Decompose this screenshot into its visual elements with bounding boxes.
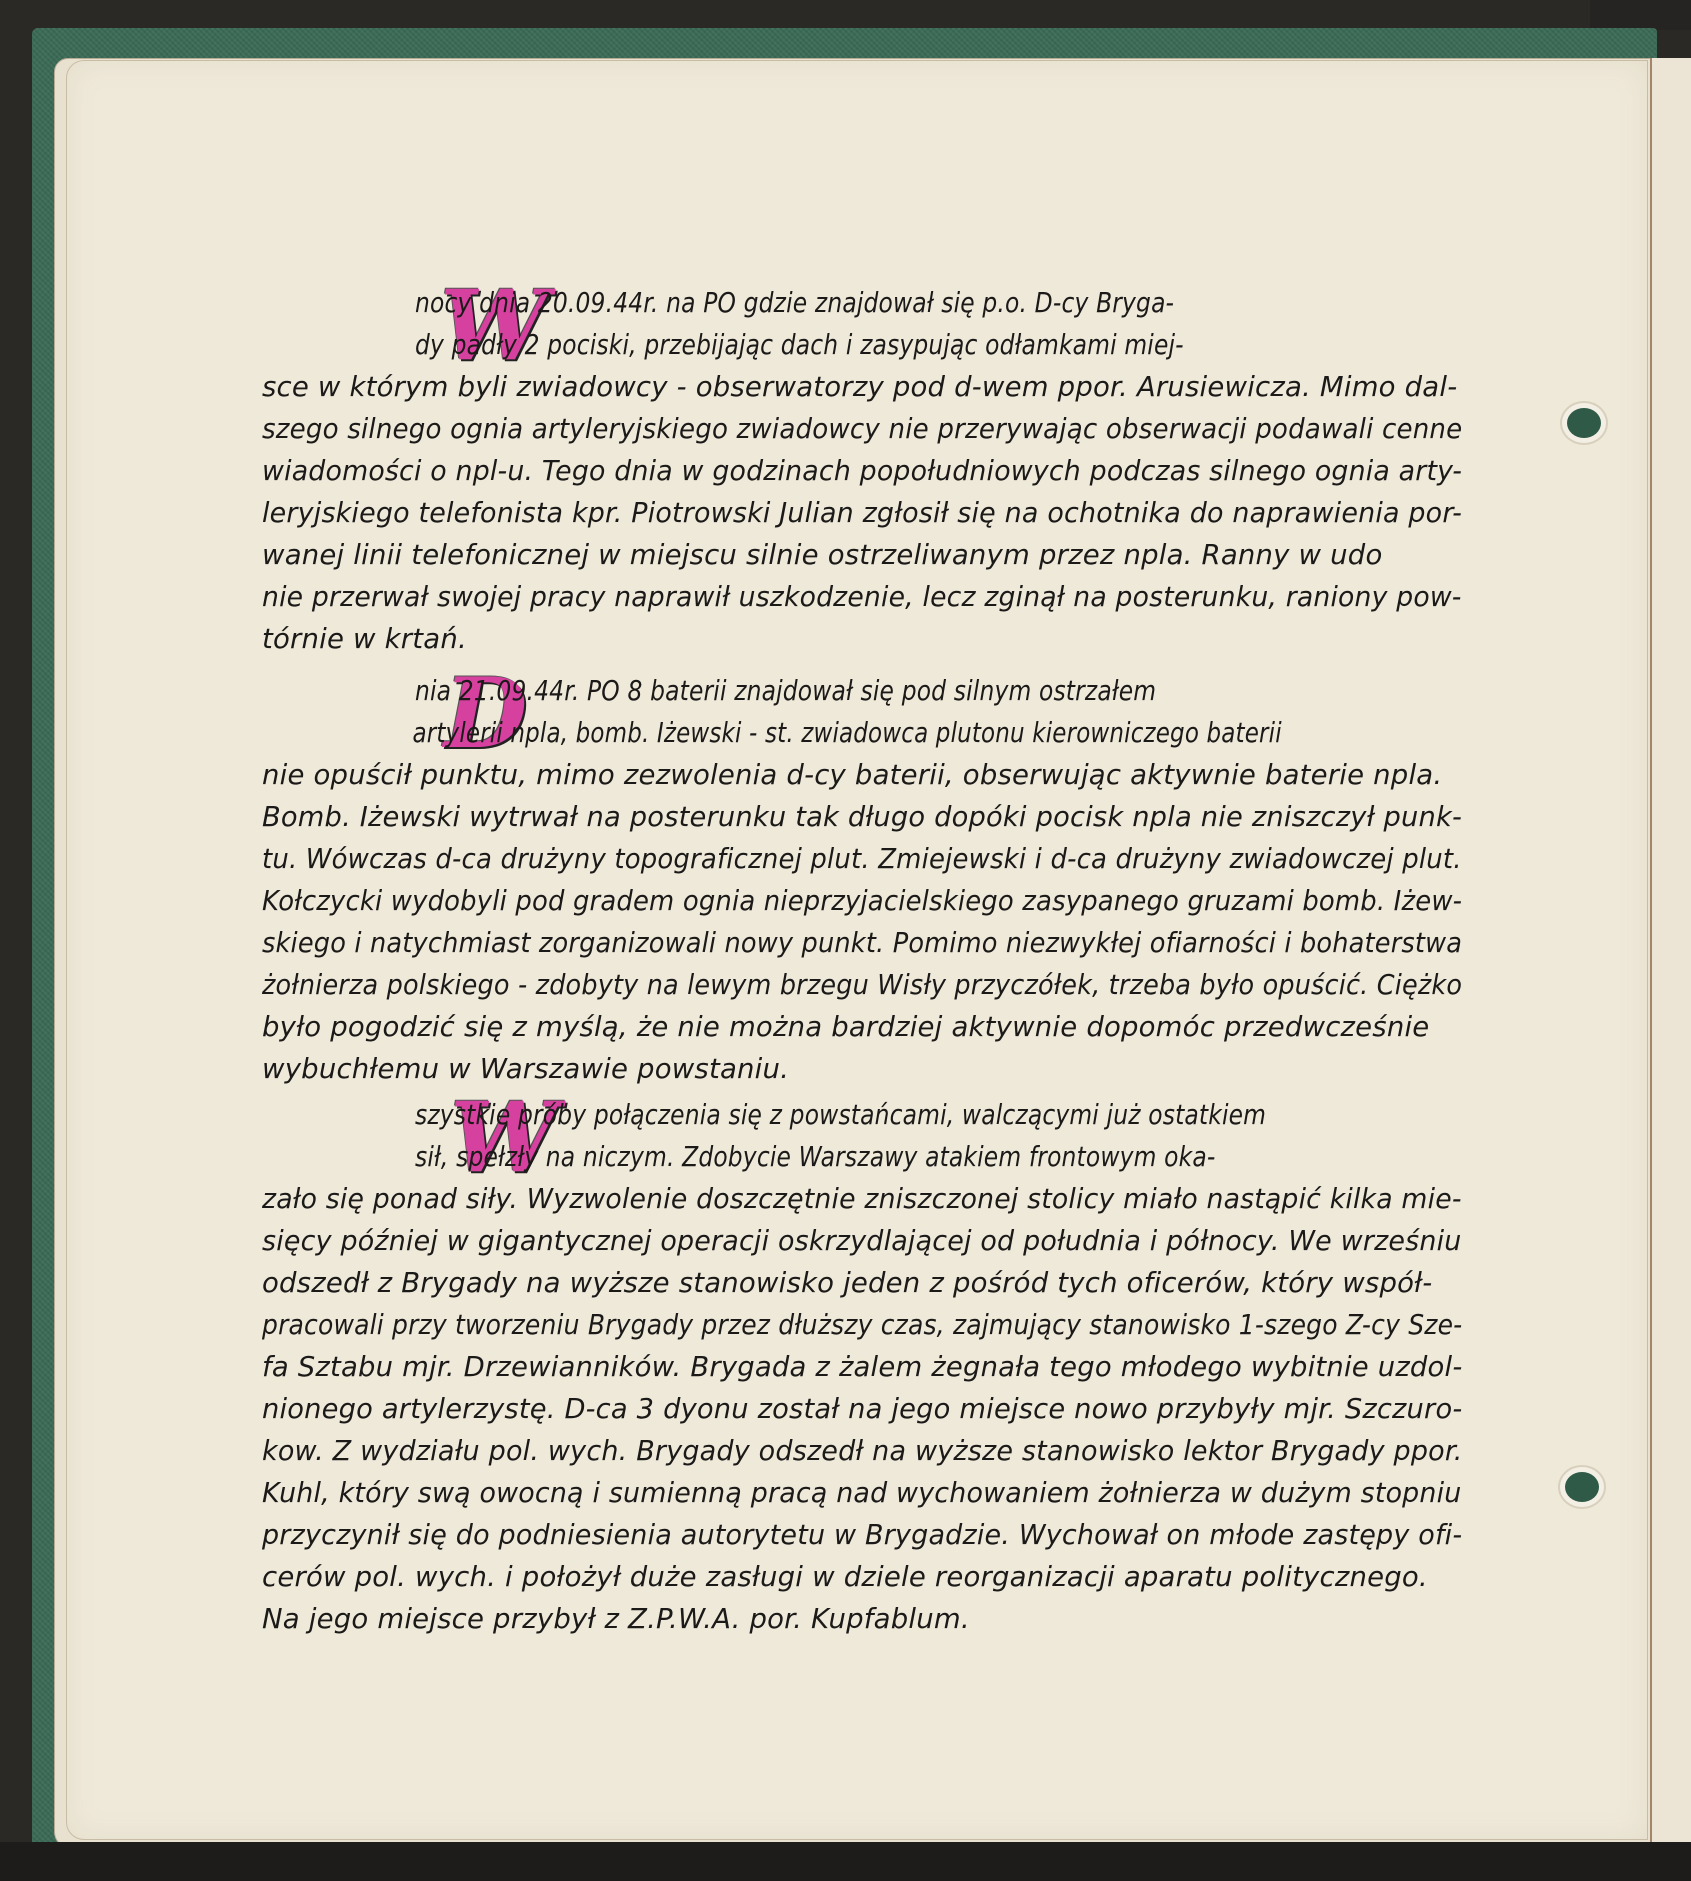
text-line: nionego artylerzystę. D-ca 3 dyonu zosta… [262, 1388, 1452, 1430]
text-line: tu. Wówczas d-ca drużyny topograficznej … [262, 838, 1392, 880]
text-line: leryjskiego telefonista kpr. Piotrowski … [262, 492, 1436, 534]
text-line: wiadomości o npl-u. Tego dnia w godzinac… [262, 450, 1430, 492]
paragraph-2: D nia 21.09.44r. PO 8 baterii znajdował … [262, 670, 1462, 1090]
background-bottom [0, 1842, 1691, 1881]
text-line: cerów pol. wych. i położył duże zasługi … [262, 1556, 1462, 1598]
text-line: sił, spełzły na niczym. Zdobycie Warszaw… [262, 1136, 1282, 1178]
text-line: dy padły 2 pociski, przebijając dach i z… [262, 324, 1282, 366]
text-line: fa Sztabu mjr. Drzewianników. Brygada z … [262, 1346, 1459, 1388]
text-line: szego silnego ognia artyleryjskiego zwia… [262, 408, 1399, 450]
text-line: odszedł z Brygady na wyższe stanowisko j… [262, 1262, 1462, 1304]
text-line: pracowali przy tworzeniu Brygady przez d… [262, 1304, 1354, 1346]
text-line: przyczynił się do podniesienia autorytet… [262, 1514, 1438, 1556]
background-dark-corner [1590, 0, 1691, 30]
text-line: wybuchłemu w Warszawie powstaniu. [262, 1048, 1462, 1090]
text-line: sięcy później w gigantycznej operacji os… [262, 1220, 1436, 1262]
text-line: wanej linii telefonicznej w miejscu siln… [262, 534, 1462, 576]
punch-hole-icon [1567, 408, 1601, 438]
text-line: tórnie w krtań. [262, 618, 1462, 660]
text-line: szystkie próby połączenia się z powstańc… [262, 1094, 1282, 1136]
text-line: nie opuścił punktu, mimo zezwolenia d-cy… [262, 754, 1462, 796]
text-line: nocy dnia 20.09.44r. na PO gdzie znajdow… [262, 282, 1282, 324]
paragraph-1: W nocy dnia 20.09.44r. na PO gdzie znajd… [262, 282, 1462, 660]
punch-hole-icon [1565, 1472, 1599, 1502]
text-line: nia 21.09.44r. PO 8 baterii znajdował si… [262, 670, 1282, 712]
text-line: zało się ponad siły. Wyzwolenie doszczęt… [262, 1178, 1426, 1220]
text-line: nie przerwał swojej pracy naprawił uszko… [262, 576, 1424, 618]
adjacent-page-edge [1650, 58, 1691, 1848]
paragraph-3: W szystkie próby połączenia się z powsta… [262, 1094, 1462, 1640]
text-line: artylerii npla, bomb. Iżewski - st. zwia… [262, 712, 1265, 754]
text-line: Kołczycki wydobyli pod gradem ognia niep… [262, 880, 1390, 922]
text-line: Na jego miejsce przybył z Z.P.W.A. por. … [262, 1598, 1462, 1640]
text-line: kow. Z wydziału pol. wych. Brygady odsze… [262, 1430, 1439, 1472]
text-line: Bomb. Iżewski wytrwał na posterunku tak … [262, 796, 1452, 838]
text-line: żołnierza polskiego - zdobyty na lewym b… [262, 964, 1374, 1006]
handwritten-text-body: W nocy dnia 20.09.44r. na PO gdzie znajd… [262, 282, 1462, 1640]
text-line: Kuhl, który swą owocną i sumienną pracą … [262, 1472, 1434, 1514]
text-line: było pogodzić się z myślą, że nie można … [262, 1006, 1462, 1048]
text-line: skiego i natychmiast zorganizowali nowy … [262, 922, 1379, 964]
